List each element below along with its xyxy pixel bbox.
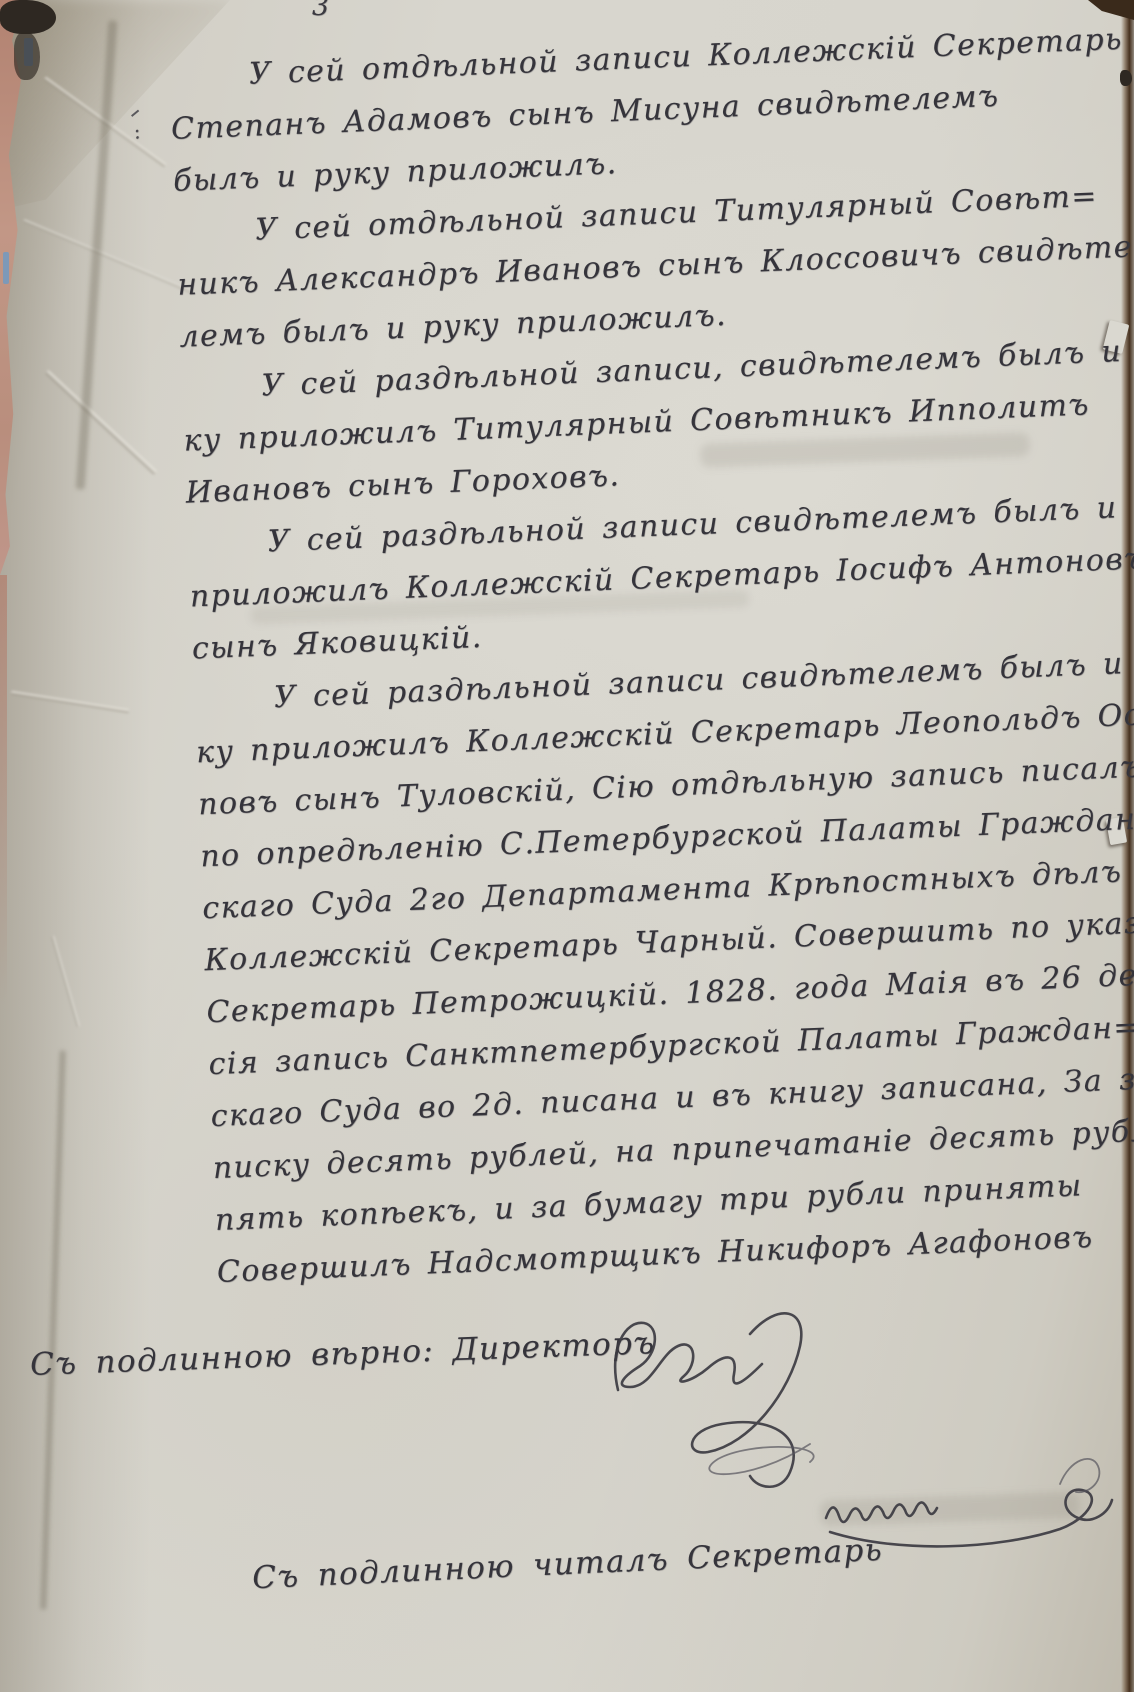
blue-paper-fleck xyxy=(3,252,9,284)
handwritten-body-text: : У сей отдѣльной записи Коллежскій Секр… xyxy=(168,15,1134,1299)
dark-corner-smudge xyxy=(14,32,40,80)
scanned-manuscript-page: { "doc": { "top_mark": "3", "margin_mark… xyxy=(0,0,1134,1692)
top-pen-mark: 3 xyxy=(312,0,329,22)
binding-knot xyxy=(1120,70,1132,86)
left-edge-shadow xyxy=(0,0,150,1692)
left-margin-strip-tail xyxy=(0,575,7,1005)
secretary-signature xyxy=(818,1452,1128,1592)
dark-corner-smudge xyxy=(0,0,56,34)
